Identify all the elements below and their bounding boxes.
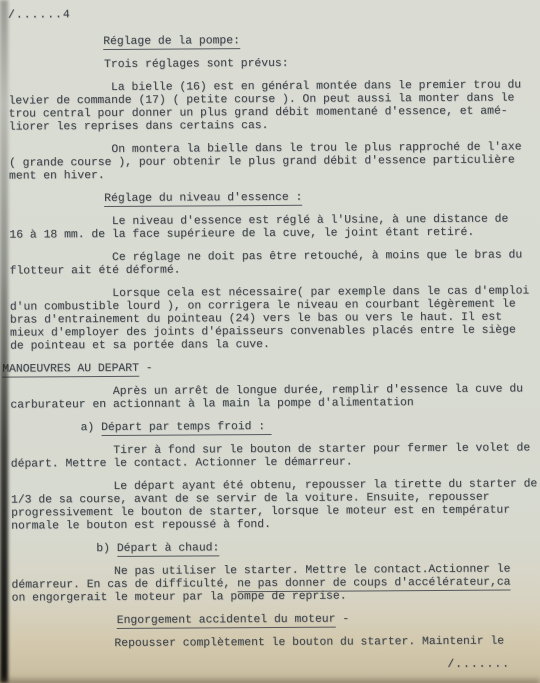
page-continuation-marker: /....... [12,658,540,674]
section-heading-fuel-level: Réglage du niveau d'essence : [104,190,539,206]
paragraph-pump-intro: Trois réglages sont prévus: [8,56,538,72]
paragraph-cold-start-after: Le départ ayant été obtenu, repousser la… [11,478,540,533]
subheading-engine-flood: Engorgement accidentel du moteur - [117,612,540,628]
heading-text: MANOEUVRES AU DEPART [2,363,139,377]
subheading-cold-start: a) Départ par temps froid : [81,419,540,435]
heading-text: Engorgement accidentel du moteur [117,614,336,629]
subheading-warm-start: b) Départ à chaud: [96,540,540,556]
section-heading-pump-adjustment: Réglage de la pompe: [103,33,538,49]
heading-text: Réglage du niveau d'essence : [104,192,302,207]
list-marker-b: b) [96,543,117,555]
heading-text: Réglage de la pompe: [103,35,240,49]
paragraph-cold-start-procedure: Tirer à fond sur le bouton de starter po… [11,442,540,471]
paragraph-fuel-level-warning: Ce réglage ne doit pas être retouché, à … [9,249,539,278]
document-content: /......4 Réglage de la pompe: Trois régl… [0,0,540,675]
heading-dash: - [139,363,153,375]
list-marker-a: a) [81,422,102,434]
heading-text: Départ à chaud: [117,542,220,556]
paragraph-fuel-level-factory: Le niveau d'essence est réglé à l'Usine,… [9,213,539,242]
paragraph-fuel-level-correction: Lorsque cela est nécessaire( par exemple… [10,285,540,353]
page-number-marker: /......4 [8,6,538,22]
heading-dash: - [335,614,349,626]
page-bottom-shadow [0,679,540,683]
heading-text: Départ par temps froid : [101,421,272,436]
paragraph-start-maneuvers-intro: Après un arrêt de longue durée, remplir … [10,383,540,412]
book-binding-shadow [0,0,8,683]
scanned-document-page: /......4 Réglage de la pompe: Trois régl… [0,0,540,683]
paragraph-engine-flood-procedure: Repousser complètement le bouton du star… [12,635,540,651]
paragraph-pump-rod-large-stroke: On montera la bielle dans le trou le plu… [9,141,539,183]
paragraph-warm-start-procedure: Ne pas utiliser le starter. Mettre le co… [11,563,540,605]
section-heading-start-maneuvers: MANOEUVRES AU DEPART - [2,360,540,376]
paragraph-pump-rod-small-stroke: La bielle (16) est en général montée dan… [8,79,538,134]
warm-start-emphasis: ne pas donner de coups d'accélérateur,ca [237,577,510,592]
